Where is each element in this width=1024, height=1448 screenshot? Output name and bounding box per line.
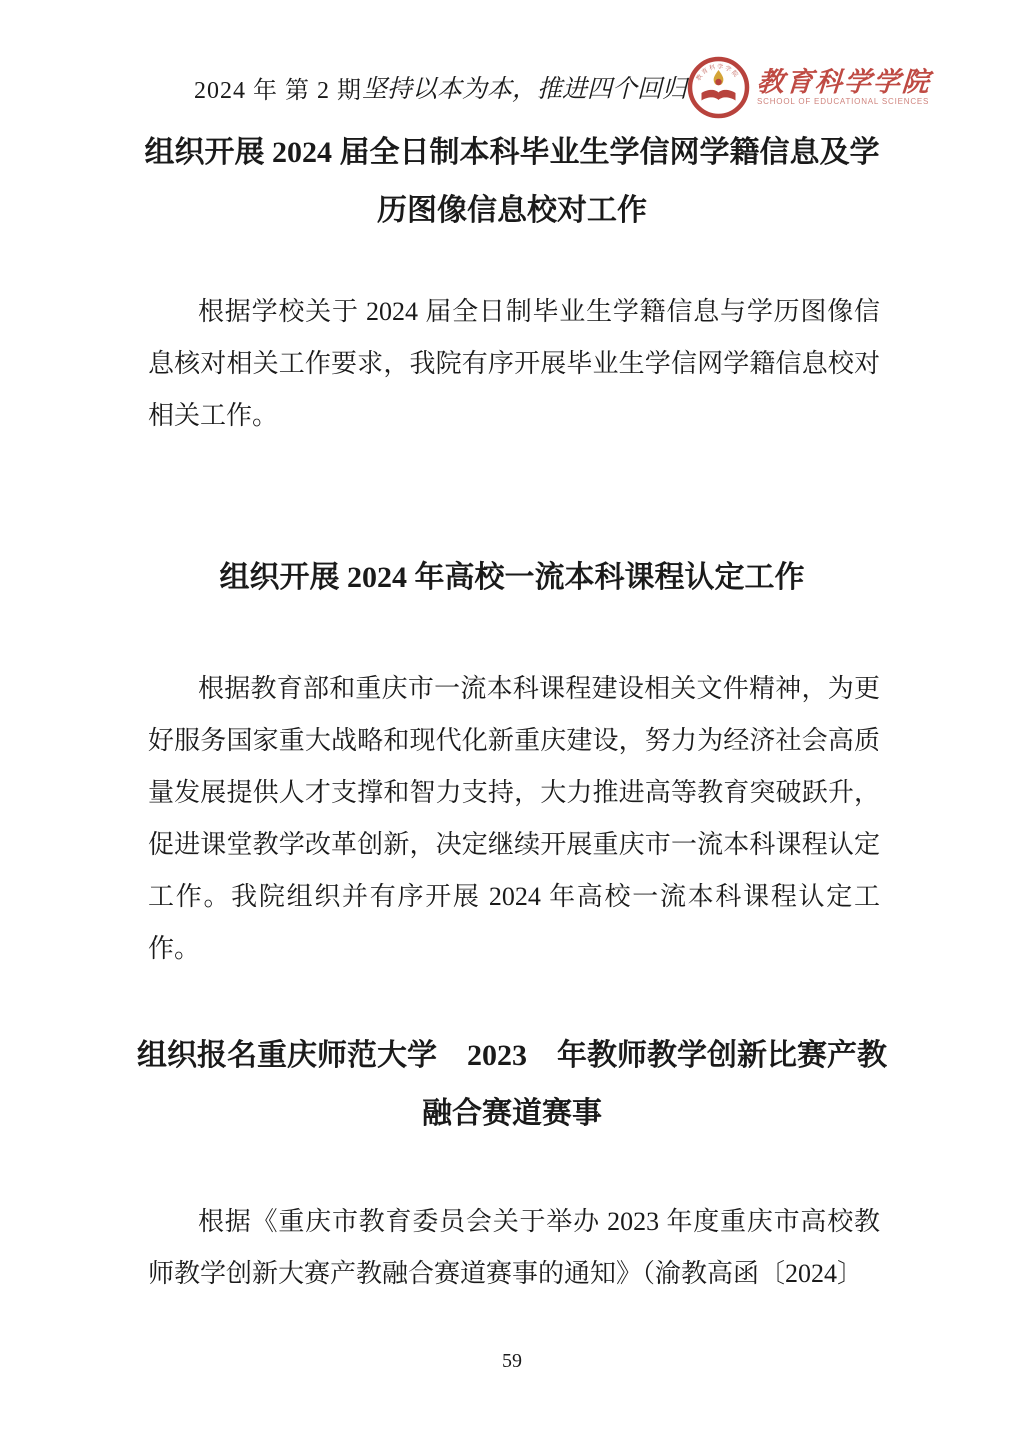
article-title-3: 组织报名重庆师范大学 2023 年教师教学创新比赛产教融合赛道赛事 bbox=[132, 1027, 892, 1143]
school-seal-icon: 教育科学学院 bbox=[687, 56, 750, 119]
article-body-3: 根据《重庆市教育委员会关于举办 2023 年度重庆市高校教师教学创新大赛产教融合… bbox=[148, 1196, 880, 1300]
page-number: 59 bbox=[0, 1350, 1024, 1373]
page-header: 2024 年 第 2 期 坚持以本为本，推进四个回归 教育科学学院 教育科学学院… bbox=[150, 54, 908, 120]
issue-label: 2024 年 第 2 期 bbox=[150, 70, 362, 105]
article-body-2: 根据教育部和重庆市一流本科课程建设相关文件精神，为更好服务国家重大战略和现代化新… bbox=[148, 663, 880, 975]
logo-name-en: SCHOOL OF EDUCATIONAL SCIENCES bbox=[757, 97, 929, 107]
article-body-1: 根据学校关于 2024 届全日制毕业生学籍信息与学历图像信息核对相关工作要求，我… bbox=[148, 286, 880, 442]
header-slogan: 坚持以本为本，推进四个回归 bbox=[362, 69, 687, 105]
article-title-2: 组织开展 2024 年高校一流本科课程认定工作 bbox=[132, 549, 892, 607]
logo-name-cn: 教育科学学院 bbox=[756, 67, 932, 97]
school-logo: 教育科学学院 教育科学学院 SCHOOL OF EDUCATIONAL SCIE… bbox=[687, 56, 931, 119]
school-logo-text: 教育科学学院 SCHOOL OF EDUCATIONAL SCIENCES bbox=[757, 67, 931, 107]
bulletin-page: 2024 年 第 2 期 坚持以本为本，推进四个回归 教育科学学院 教育科学学院… bbox=[0, 0, 1024, 1448]
article-title-1: 组织开展 2024 届全日制本科毕业生学信网学籍信息及学历图像信息校对工作 bbox=[132, 124, 892, 240]
